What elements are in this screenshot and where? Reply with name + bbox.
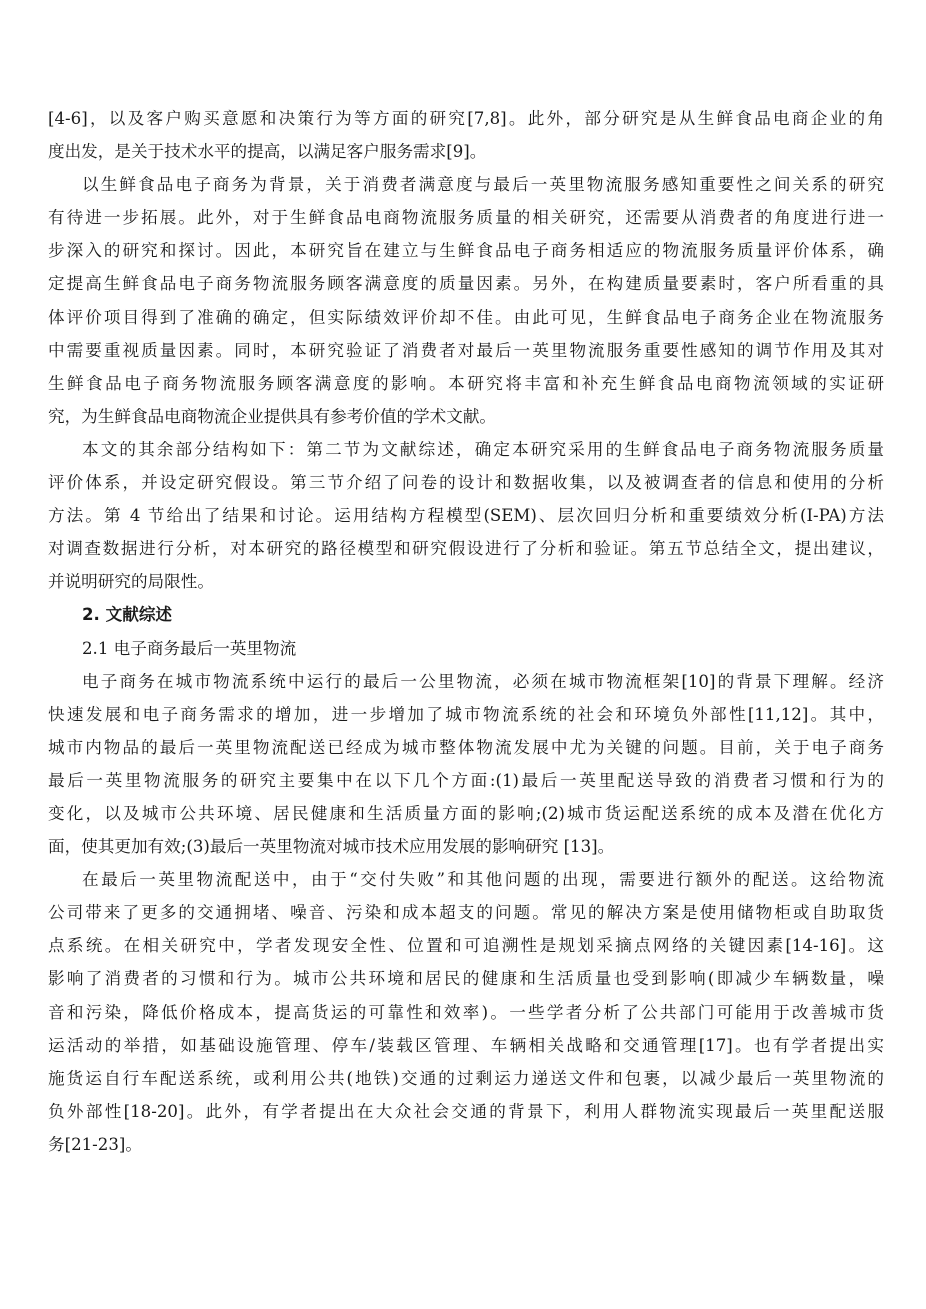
text-line: 变化，以及城市公共环境、居民健康和生活质量方面的影响;(2)城市货运配送系统的成… — [48, 797, 884, 830]
text-line: 影响了消费者的习惯和行为。城市公共环境和居民的健康和生活质量也受到影响(即减少车… — [48, 962, 884, 995]
text-line: 中需要重视质量因素。同时，本研究验证了消费者对最后一英里物流服务重要性感知的调节… — [48, 334, 884, 367]
text-line: 对调查数据进行分析，对本研究的路径模型和研究假设进行了分析和验证。第五节总结全文… — [48, 532, 884, 565]
text-line: 运活动的举措，如基础设施管理、停车/装载区管理、车辆相关战略和交通管理[17]。… — [48, 1029, 884, 1062]
text-line: 城市内物品的最后一英里物流配送已经成为城市整体物流发展中尤为关键的问题。目前，关… — [48, 731, 884, 764]
text-line: 务[21-23]。 — [48, 1128, 884, 1161]
section-heading: 2. 文献综述 — [48, 598, 884, 631]
text-line: 本文的其余部分结构如下：第二节为文献综述，确定本研究采用的生鲜食品电子商务物流服… — [48, 433, 884, 466]
paragraph-last-mile-context: 电子商务在城市物流系统中运行的最后一公里物流，必须在城市物流框架[10]的背景下… — [48, 665, 884, 864]
text-line: 步深入的研究和探讨。因此，本研究旨在建立与生鲜食品电子商务相适应的物流服务质量评… — [48, 234, 884, 267]
text-line: 体评价项目得到了准确的确定，但实际绩效评价却不佳。由此可见，生鲜食品电子商务企业… — [48, 301, 884, 334]
text-line: 方法。第 4 节给出了结果和讨论。运用结构方程模型(SEM)、层次回归分析和重要… — [48, 499, 884, 532]
subsection-heading: 2.1 电子商务最后一英里物流 — [48, 632, 884, 665]
text-line: 点系统。在相关研究中，学者发现安全性、位置和可追溯性是规划采摘点网络的关键因素[… — [48, 929, 884, 962]
paragraph-continuation: [4-6]，以及客户购买意愿和决策行为等方面的研究[7,8]。此外，部分研究是从… — [48, 102, 884, 168]
text-line: 生鲜食品电子商务物流服务顾客满意度的影响。本研究将丰富和补充生鲜食品电商物流领域… — [48, 367, 884, 400]
paragraph-structure: 本文的其余部分结构如下：第二节为文献综述，确定本研究采用的生鲜食品电子商务物流服… — [48, 433, 884, 598]
text-line: 度出发，是关于技术水平的提高，以满足客户服务需求[9]。 — [48, 135, 884, 168]
text-line: 最后一英里物流服务的研究主要集中在以下几个方面:(1)最后一英里配送导致的消费者… — [48, 764, 884, 797]
document-page: [4-6]，以及客户购买意愿和决策行为等方面的研究[7,8]。此外，部分研究是从… — [48, 102, 884, 1161]
text-line: 面，使其更加有效;(3)最后一英里物流对城市技术应用发展的影响研究 [13]。 — [48, 830, 884, 863]
text-line: 施货运自行车配送系统，或利用公共(地铁)交通的过剩运力递送文件和包裹，以减少最后… — [48, 1062, 884, 1095]
text-line: 快速发展和电子商务需求的增加，进一步增加了城市物流系统的社会和环境负外部性[11… — [48, 698, 884, 731]
text-line: 并说明研究的局限性。 — [48, 565, 884, 598]
text-line: 负外部性[18-20]。此外，有学者提出在大众社会交通的背景下，利用人群物流实现… — [48, 1095, 884, 1128]
text-line: 定提高生鲜食品电子商务物流服务顾客满意度的质量因素。另外，在构建质量要素时，客户… — [48, 267, 884, 300]
text-line: 究，为生鲜食品电商物流企业提供具有参考价值的学术文献。 — [48, 400, 884, 433]
paragraph-delivery-failure: 在最后一英里物流配送中，由于“交付失败”和其他问题的出现，需要进行额外的配送。这… — [48, 863, 884, 1161]
text-line: 电子商务在城市物流系统中运行的最后一公里物流，必须在城市物流框架[10]的背景下… — [48, 665, 884, 698]
text-line: 音和污染，降低价格成本，提高货运的可靠性和效率)。一些学者分析了公共部门可能用于… — [48, 996, 884, 1029]
text-line: 公司带来了更多的交通拥堵、噪音、污染和成本超支的问题。常见的解决方案是使用储物柜… — [48, 896, 884, 929]
text-line: 评价体系，并设定研究假设。第三节介绍了问卷的设计和数据收集，以及被调查者的信息和… — [48, 466, 884, 499]
text-line: 有待进一步拓展。此外，对于生鲜食品电商物流服务质量的相关研究，还需要从消费者的角… — [48, 201, 884, 234]
text-line: [4-6]，以及客户购买意愿和决策行为等方面的研究[7,8]。此外，部分研究是从… — [48, 102, 884, 135]
text-line: 在最后一英里物流配送中，由于“交付失败”和其他问题的出现，需要进行额外的配送。这… — [48, 863, 884, 896]
paragraph-research-gap: 以生鲜食品电子商务为背景，关于消费者满意度与最后一英里物流服务感知重要性之间关系… — [48, 168, 884, 433]
text-line: 以生鲜食品电子商务为背景，关于消费者满意度与最后一英里物流服务感知重要性之间关系… — [48, 168, 884, 201]
